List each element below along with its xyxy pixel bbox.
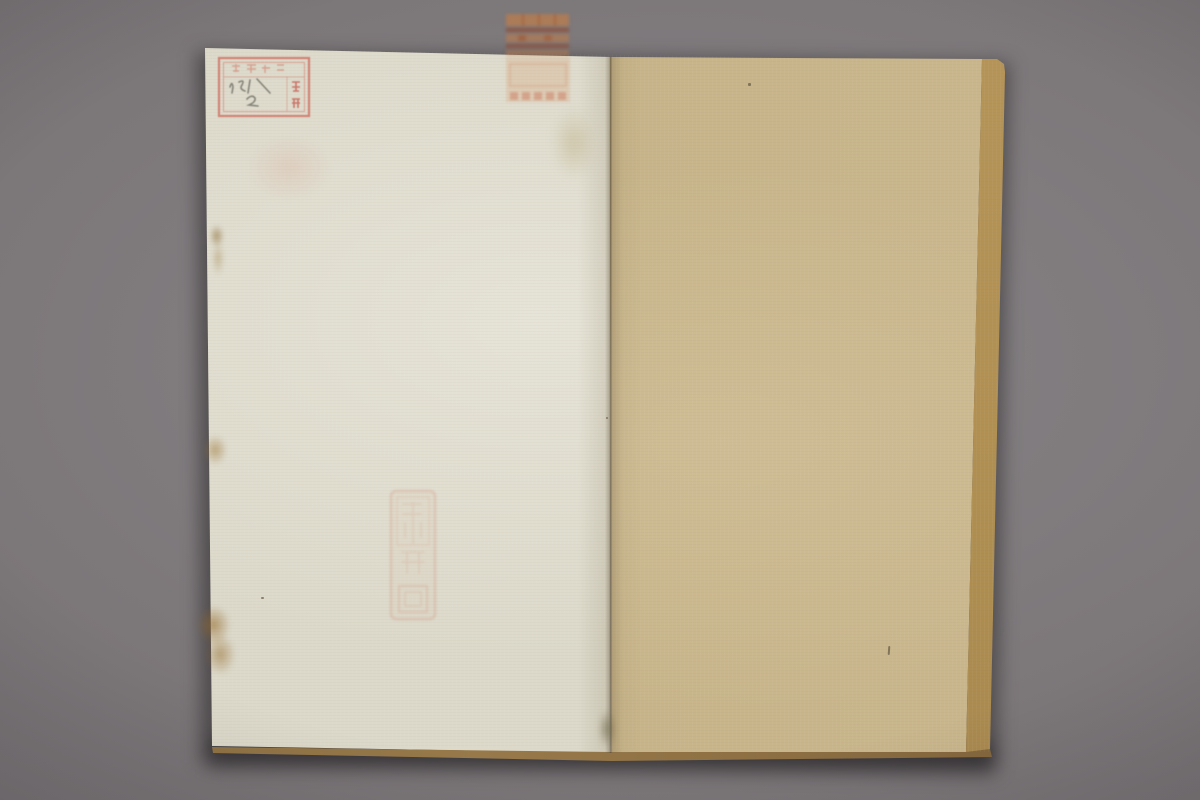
stamp-right-column-characters bbox=[292, 82, 300, 108]
photo-stage bbox=[0, 0, 1200, 800]
ghost-stamp-offset bbox=[243, 132, 335, 204]
paper-speck bbox=[606, 417, 608, 419]
foxing-spot-middle bbox=[200, 426, 234, 474]
transfer-seal-upper bbox=[504, 12, 572, 58]
stain-gutter-top bbox=[540, 98, 602, 198]
paper-speck bbox=[748, 83, 751, 86]
pencil-annotation bbox=[230, 79, 270, 106]
paper-speck bbox=[261, 597, 264, 599]
foxing-spot-lower bbox=[196, 604, 240, 674]
foxing-spot-upper bbox=[206, 222, 230, 278]
ghost-seal-transfer bbox=[388, 488, 438, 622]
library-stamp bbox=[217, 56, 311, 118]
stamp-faded-characters bbox=[232, 64, 284, 73]
